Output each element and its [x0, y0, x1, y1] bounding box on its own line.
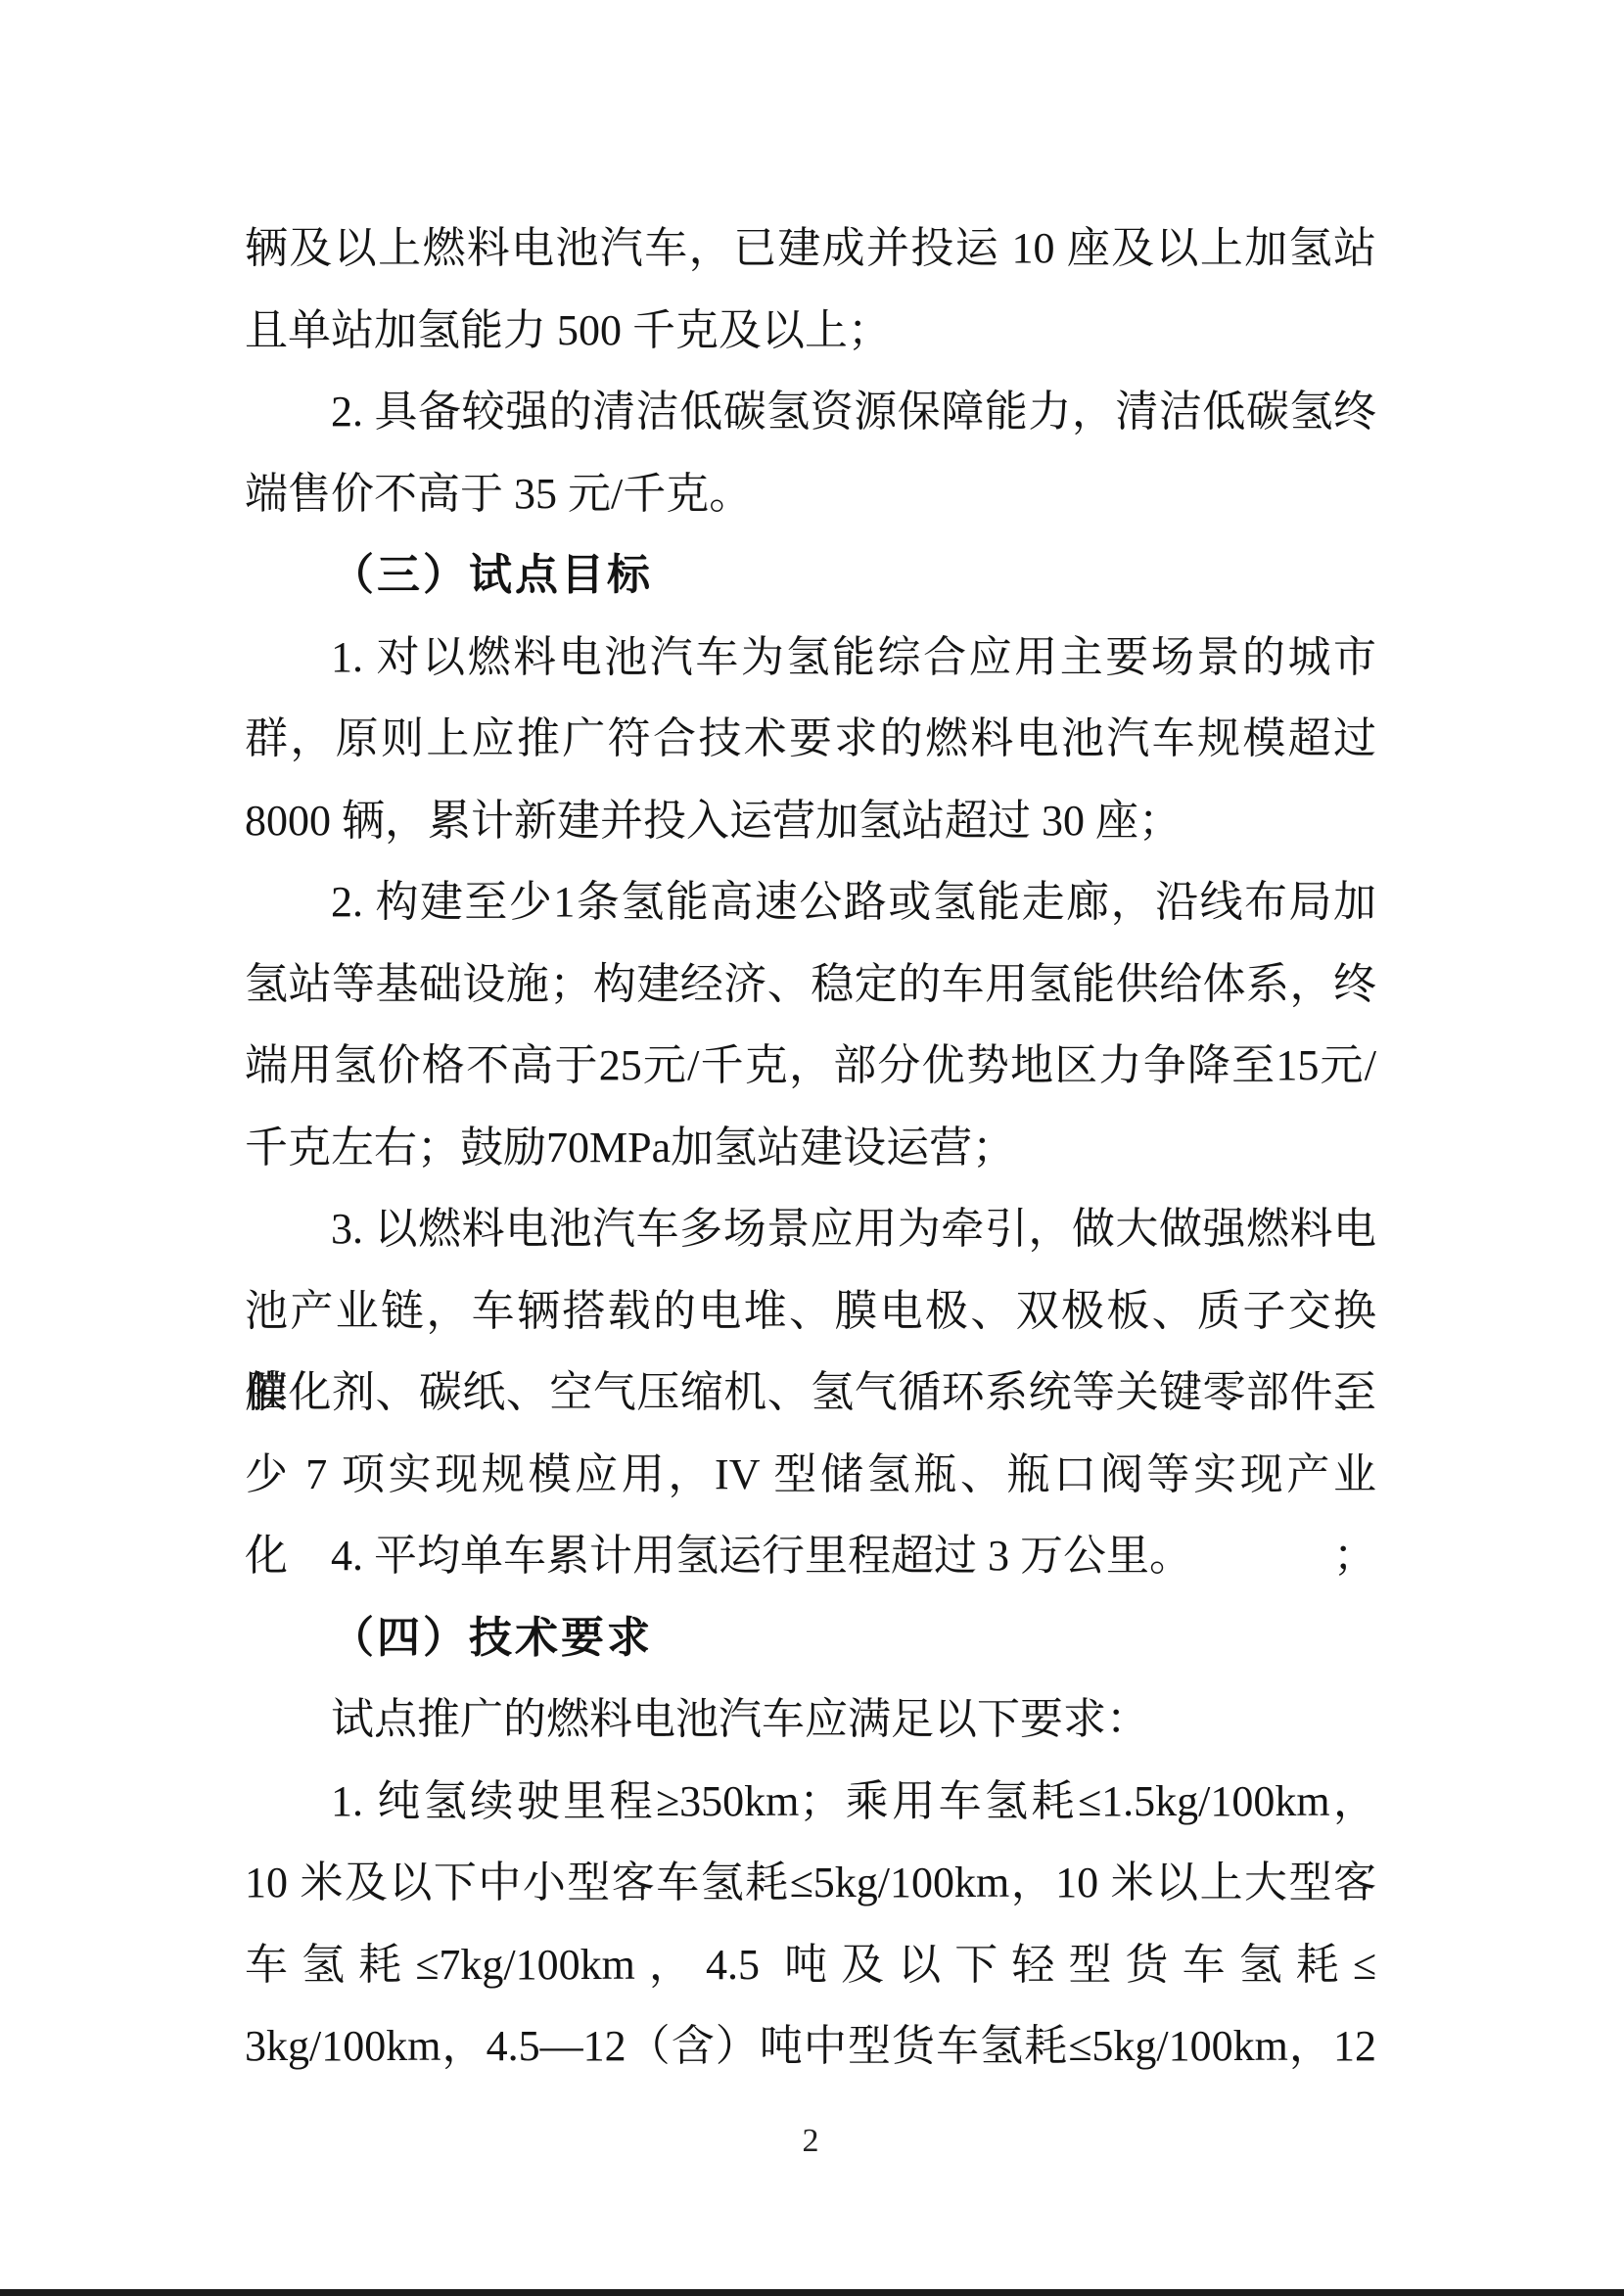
page-number: 2 [245, 2122, 1376, 2161]
text-line: 且单站加氢能力 500 千克及以上； [245, 290, 1376, 372]
text-line: 车氢耗≤7kg/100km，4.5 吨及以下轻型货车氢耗≤ [245, 1924, 1376, 2006]
text-line: 辆及以上燃料电池汽车，已建成并投运 10 座及以上加氢站 [245, 207, 1376, 290]
text-line: 10 米及以下中小型客车氢耗≤5kg/100km，10 米以上大型客 [245, 1842, 1376, 1924]
text-line: 少 7 项实现规模应用，IV 型储氢瓶、瓶口阀等实现产业化； [245, 1434, 1376, 1516]
text-line: 端用氢价格不高于25元/千克，部分优势地区力争降至15元/ [245, 1025, 1376, 1107]
text-line: 1. 纯氢续驶里程≥350km；乘用车氢耗≤1.5kg/100km， [245, 1761, 1376, 1843]
bottom-edge-bar [0, 2289, 1624, 2296]
text-line: 2. 构建至少1条氢能高速公路或氢能走廊，沿线布局加 [245, 861, 1376, 943]
text-line: 氢站等基础设施；构建经济、稳定的车用氢能供给体系，终 [245, 943, 1376, 1026]
text-line: 试点推广的燃料电池汽车应满足以下要求： [245, 1678, 1376, 1761]
section-heading: （三）试点目标 [245, 534, 1376, 617]
text-line: 3. 以燃料电池汽车多场景应用为牵引，做大做强燃料电 [245, 1188, 1376, 1270]
text-line: 2. 具备较强的清洁低碳氢资源保障能力，清洁低碳氢终 [245, 371, 1376, 453]
text-line: 8000 辆，累计新建并投入运营加氢站超过 30 座； [245, 780, 1376, 862]
text-line: 池产业链，车辆搭载的电堆、膜电极、双极板、质子交换膜、 [245, 1270, 1376, 1353]
text-line: 端售价不高于 35 元/千克。 [245, 453, 1376, 535]
text-block: 辆及以上燃料电池汽车，已建成并投运 10 座及以上加氢站 且单站加氢能力 500… [245, 207, 1376, 2088]
text-line: 1. 对以燃料电池汽车为氢能综合应用主要场景的城市 [245, 617, 1376, 699]
text-line: 千克左右；鼓励70MPa加氢站建设运营； [245, 1107, 1376, 1189]
text-line: 3kg/100km，4.5—12（含）吨中型货车氢耗≤5kg/100km，12 [245, 2005, 1376, 2088]
section-heading: （四）技术要求 [245, 1597, 1376, 1679]
document-page: 辆及以上燃料电池汽车，已建成并投运 10 座及以上加氢站 且单站加氢能力 500… [0, 0, 1624, 2296]
text-line: 群，原则上应推广符合技术要求的燃料电池汽车规模超过 [245, 698, 1376, 780]
text-line: 催化剂、碳纸、空气压缩机、氢气循环系统等关键零部件至 [245, 1352, 1376, 1434]
